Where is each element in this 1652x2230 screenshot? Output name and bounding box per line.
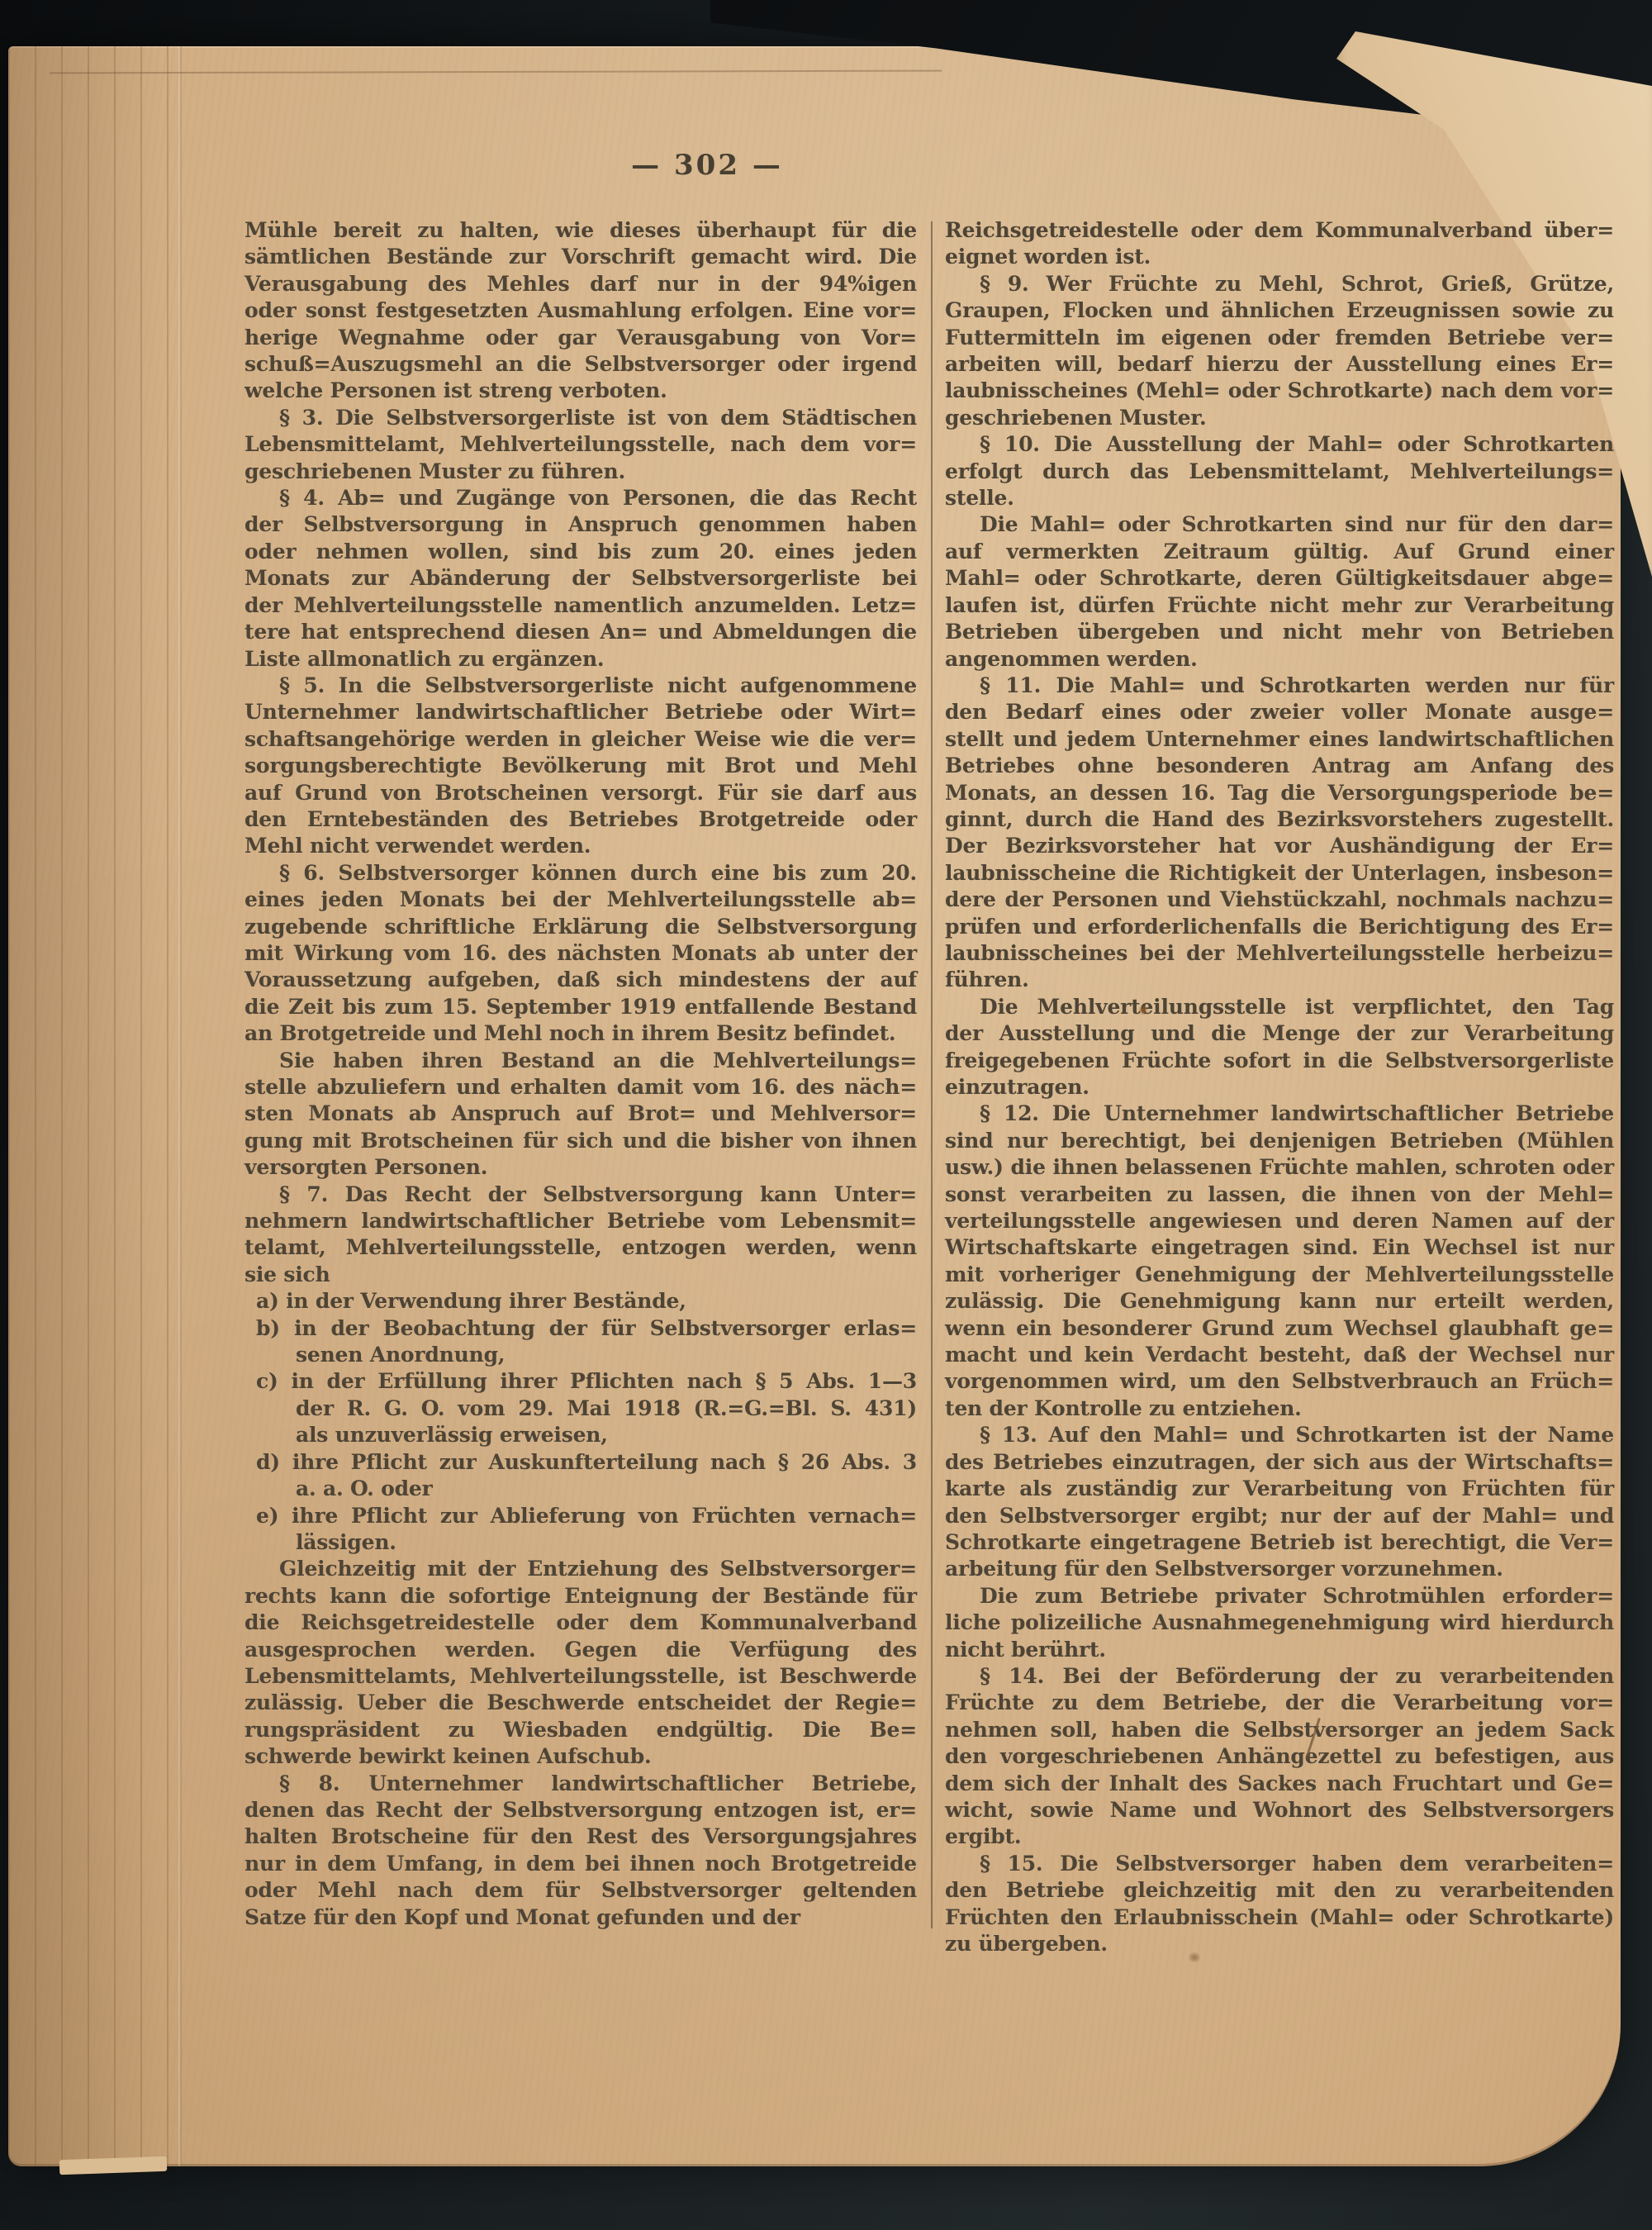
text-line: zulässig. Die Genehmigung kann nur ertei… — [945, 1288, 1614, 1315]
text-line: karte als zuständig zur Verarbeitung von… — [945, 1476, 1614, 1502]
text-line: nur in dem Umfang, in dem bei ihnen noch… — [244, 1851, 917, 1877]
text-line: Voraussetzung aufgeben, daß sich mindest… — [244, 967, 917, 993]
text-line: § 6. Selbstversorger können durch eine b… — [244, 860, 917, 887]
text-line: Monats, an dessen 16. Tag die Versorgung… — [945, 780, 1614, 806]
text-line: macht und kein Verdacht besteht, daß der… — [945, 1342, 1614, 1368]
text-line: prüfen und erforderlichenfalls die Beric… — [945, 914, 1614, 940]
text-line: oder nehmen wollen, sind bis zum 20. ein… — [244, 539, 917, 565]
paragraph: § 5. In die Selbstversorgerliste nicht a… — [244, 673, 917, 860]
text-line: telamt, Mehlverteilungsstelle, entzogen … — [244, 1234, 917, 1261]
text-line: Mühle bereit zu halten, wie dieses überh… — [244, 217, 917, 244]
text-line: nehmern landwirtschaftlicher Betriebe vo… — [244, 1208, 917, 1234]
text-line: rungspräsident zu Wiesbaden endgültig. D… — [244, 1717, 917, 1743]
paragraph: e) ihre Pflicht zur Ablieferung von Früc… — [244, 1503, 917, 1557]
text-line: schuß=Auszugsmehl an die Selbstversorger… — [244, 351, 917, 378]
text-line: dem sich der Inhalt des Sackes nach Fruc… — [945, 1771, 1614, 1797]
paragraph: § 13. Auf den Mahl= und Schrotkarten ist… — [945, 1422, 1614, 1582]
page-edge-sliver — [59, 2156, 168, 2175]
text-line: Verausgabung des Mehles darf nur in der … — [244, 271, 917, 297]
text-line: die Zeit bis zum 15. September 1919 entf… — [244, 994, 917, 1020]
text-line: § 9. Wer Früchte zu Mehl, Schrot, Grieß,… — [945, 271, 1614, 297]
text-line: Früchte zu dem Betriebe, der die Verarbe… — [945, 1690, 1614, 1716]
paragraph: § 3. Die Selbstversorgerliste ist von de… — [244, 405, 917, 485]
text-line: den Betriebe gleichzeitig mit den zu ver… — [945, 1877, 1614, 1904]
text-line: schwerde bewirkt keinen Aufschub. — [244, 1743, 917, 1770]
text-line: sten Monats ab Anspruch auf Brot= und Me… — [244, 1101, 917, 1127]
text-line: der R. G. O. vom 29. Mai 1918 (R.=G.=Bl.… — [244, 1396, 917, 1422]
paragraph: § 7. Das Recht der Selbstversorgung kann… — [244, 1182, 917, 1289]
text-line: usw.) die ihnen belassenen Früchte mahle… — [945, 1154, 1614, 1181]
text-line: sind nur berechtigt, bei denjenigen Betr… — [945, 1128, 1614, 1154]
paragraph: c) in der Erfüllung ihrer Pflichten nach… — [244, 1368, 917, 1448]
text-line: welche Personen ist streng verboten. — [244, 378, 917, 404]
text-line: arbeitung für den Selbstversorger vorzun… — [945, 1556, 1614, 1582]
text-line: dere der Personen und Viehstückzahl, noc… — [945, 887, 1614, 913]
text-line: Mahl= oder Schrotkarte, deren Gültigkeit… — [945, 565, 1614, 592]
text-line: erfolgt durch das Lebensmittelamt, Mehlv… — [945, 459, 1614, 485]
text-line: Der Bezirksvorsteher hat vor Aushändigun… — [945, 833, 1614, 859]
text-line: Liste allmonatlich zu ergänzen. — [244, 646, 917, 673]
text-line: Futtermitteln im eigenen oder fremden Be… — [945, 325, 1614, 351]
text-line: Reichsgetreidestelle oder dem Kommunalve… — [945, 217, 1614, 244]
text-line: der Selbstversorgung in Anspruch genomme… — [244, 511, 917, 538]
text-line: a. a. O. oder — [244, 1476, 917, 1502]
paragraph: § 6. Selbstversorger können durch eine b… — [244, 860, 917, 1048]
text-line: ergibt. — [945, 1823, 1614, 1850]
text-line: Lebensmittelamt, Mehlverteilungsstelle, … — [244, 431, 917, 458]
text-line: angenommen werden. — [945, 646, 1614, 673]
text-line: die Reichsgetreidestelle oder dem Kommun… — [244, 1609, 917, 1636]
text-line: lässigen. — [244, 1529, 917, 1556]
text-line: einzutragen. — [945, 1074, 1614, 1101]
text-line: Sie haben ihren Bestand an die Mehlverte… — [244, 1048, 917, 1074]
text-line: stelle abzuliefern und erhalten damit vo… — [244, 1074, 917, 1101]
text-line: Unternehmer landwirtschaftlicher Betrieb… — [244, 699, 917, 725]
text-line: tere hat entsprechend diesen An= und Abm… — [244, 619, 917, 645]
text-line: laubnisscheine die Richtigkeit der Unter… — [945, 860, 1614, 887]
page-stack-edges — [8, 46, 186, 2166]
text-line: freigegebenen Früchte sofort in die Selb… — [945, 1048, 1614, 1074]
paragraph: d) ihre Pflicht zur Auskunfterteilung na… — [244, 1449, 917, 1503]
text-line: Graupen, Flocken und ähnlichen Erzeugnis… — [945, 297, 1614, 324]
paragraph: § 4. Ab= und Zugänge von Personen, die d… — [244, 485, 917, 673]
text-line: stelle. — [945, 485, 1614, 511]
text-line: Mehl nicht verwendet werden. — [244, 833, 917, 859]
text-line: auf vermerkten Zeitraum gültig. Auf Grun… — [945, 539, 1614, 565]
text-line: ten der Kontrolle zu entziehen. — [945, 1396, 1614, 1422]
paragraph: Die zum Betriebe privater Schrotmühlen e… — [945, 1583, 1614, 1663]
paragraph: § 10. Die Ausstellung der Mahl= oder Sch… — [945, 431, 1614, 511]
text-line: der Ausstellung und die Menge der zur Ve… — [945, 1020, 1614, 1047]
paragraph: Reichsgetreidestelle oder dem Kommunalve… — [945, 217, 1614, 271]
paragraph: § 14. Bei der Beförderung der zu verarbe… — [945, 1663, 1614, 1851]
text-line: b) in der Beobachtung der für Selbstvers… — [244, 1315, 917, 1342]
text-column-left: Mühle bereit zu halten, wie dieses überh… — [244, 217, 917, 1931]
text-line: den Bedarf eines oder zweier voller Mona… — [945, 699, 1614, 725]
text-line: wenn ein besonderer Grund zum Wechsel gl… — [945, 1315, 1614, 1342]
paragraph: Die Mahl= oder Schrotkarten sind nur für… — [945, 511, 1614, 672]
text-line: c) in der Erfüllung ihrer Pflichten nach… — [244, 1368, 917, 1395]
text-line: rechts kann die sofortige Enteignung der… — [244, 1583, 917, 1609]
text-line: schaftsangehörige werden in gleicher Wei… — [244, 726, 917, 753]
text-line: § 7. Das Recht der Selbstversorgung kann… — [244, 1182, 917, 1208]
text-line: stellt und jedem Unternehmer eines landw… — [945, 726, 1614, 753]
paragraph: § 11. Die Mahl= und Schrotkarten werden … — [945, 673, 1614, 994]
text-line: Satze für den Kopf und Monat gefunden un… — [244, 1904, 917, 1931]
text-line: d) ihre Pflicht zur Auskunfterteilung na… — [244, 1449, 917, 1476]
text-line: Gleichzeitig mit der Entziehung des Selb… — [244, 1556, 917, 1582]
text-line: nicht berührt. — [945, 1637, 1614, 1663]
text-line: oder sonst festgesetzten Ausmahlung erfo… — [244, 297, 917, 324]
text-line: Früchten den Erlaubnisschein (Mahl= oder… — [945, 1904, 1614, 1931]
text-line: § 11. Die Mahl= und Schrotkarten werden … — [945, 673, 1614, 699]
text-line: Betriebes ohne besonderen Antrag am Anfa… — [945, 753, 1614, 779]
paragraph: Sie haben ihren Bestand an die Mehlverte… — [244, 1048, 917, 1182]
text-line: zulässig. Ueber die Beschwerde entscheid… — [244, 1690, 917, 1716]
text-line: § 15. Die Selbstversorger haben dem vera… — [945, 1851, 1614, 1877]
text-line: liche polizeiliche Ausnahmegenehmigung w… — [945, 1609, 1614, 1636]
text-line: halten Brotscheine für den Rest des Vers… — [244, 1823, 917, 1850]
text-line: eines jeden Monats bei der Mehlverteilun… — [244, 887, 917, 913]
text-line: laufen ist, dürfen Früchte nicht mehr zu… — [945, 592, 1614, 619]
text-line: § 10. Die Ausstellung der Mahl= oder Sch… — [945, 431, 1614, 458]
text-line: Wirtschaftskarte eingetragen sind. Ein W… — [945, 1234, 1614, 1261]
text-line: eignet worden ist. — [945, 244, 1614, 270]
text-line: der Mehlverteilungsstelle namentlich anz… — [244, 592, 917, 619]
paragraph: § 12. Die Unternehmer landwirtschaftlich… — [945, 1101, 1614, 1422]
text-line: sorgungsberechtigte Bevölkerung mit Brot… — [244, 753, 917, 779]
paragraph: § 8. Unternehmer landwirtschaftlicher Be… — [244, 1771, 917, 1931]
text-line: § 3. Die Selbstversorgerliste ist von de… — [244, 405, 917, 431]
column-divider — [931, 221, 933, 1928]
text-line: versorgten Personen. — [244, 1154, 917, 1181]
paragraph: § 15. Die Selbstversorger haben dem vera… — [945, 1851, 1614, 1958]
text-line: § 4. Ab= und Zugänge von Personen, die d… — [244, 485, 917, 511]
text-line: ginnt, durch die Hand des Bezirksvorsteh… — [945, 806, 1614, 833]
text-line: den vorgeschriebenen Anhängezettel zu be… — [945, 1743, 1614, 1770]
paragraph: a) in der Verwendung ihrer Bestände, — [244, 1288, 917, 1315]
paragraph: Die Mehlverteilungsstelle ist verpflicht… — [945, 994, 1614, 1101]
text-line: Betrieben übergeben und nicht mehr von B… — [945, 619, 1614, 645]
text-line: § 8. Unternehmer landwirtschaftlicher Be… — [244, 1771, 917, 1797]
text-line: zu übergeben. — [945, 1931, 1614, 1957]
text-line: § 14. Bei der Beförderung der zu verarbe… — [945, 1663, 1614, 1690]
text-line: § 12. Die Unternehmer landwirtschaftlich… — [945, 1101, 1614, 1127]
paragraph: Gleichzeitig mit der Entziehung des Selb… — [244, 1556, 917, 1770]
text-line: des Betriebes einzutragen, der sich aus … — [945, 1449, 1614, 1476]
text-line: mit vorheriger Genehmigung der Mehlverte… — [945, 1262, 1614, 1288]
text-line: verteilungsstelle angewiesen und deren N… — [945, 1208, 1614, 1234]
text-line: als unzuverlässig erweisen, — [244, 1422, 917, 1448]
text-line: sie sich — [244, 1262, 917, 1288]
text-line: auf Grund von Brotscheinen versorgt. Für… — [244, 780, 917, 806]
text-line: a) in der Verwendung ihrer Bestände, — [244, 1288, 917, 1315]
text-line: geschriebenen Muster. — [945, 405, 1614, 431]
text-line: nehmen soll, haben die Selbstversorger a… — [945, 1717, 1614, 1743]
paragraph: b) in der Beobachtung der für Selbstvers… — [244, 1315, 917, 1369]
text-line: mit Wirkung vom 16. des nächsten Monats … — [244, 940, 917, 967]
text-line: denen das Recht der Selbstversorgung ent… — [244, 1797, 917, 1823]
text-line: Monats zur Abänderung der Selbstversorge… — [244, 565, 917, 592]
text-line: zugebende schriftliche Erklärung die Sel… — [244, 914, 917, 940]
paragraph: Mühle bereit zu halten, wie dieses überh… — [244, 217, 917, 405]
text-column-right: Reichsgetreidestelle oder dem Kommunalve… — [945, 217, 1614, 1957]
text-line: führen. — [945, 967, 1614, 993]
text-line: an Brotgetreide und Mehl noch in ihrem B… — [244, 1020, 917, 1047]
text-line: den Erntebeständen des Betriebes Brotget… — [244, 806, 917, 833]
text-line: oder Mehl nach dem für Selbstversorger g… — [244, 1877, 917, 1904]
text-line: ausgesprochen werden. Gegen die Verfügun… — [244, 1637, 917, 1663]
text-line: Die Mehlverteilungsstelle ist verpflicht… — [945, 994, 1614, 1020]
book-photo: — 302 — Mühle bereit zu halten, wie dies… — [0, 0, 1652, 2230]
text-line: vorgenommen wird, um den Selbstverbrauch… — [945, 1368, 1614, 1395]
text-line: geschriebenen Muster zu führen. — [244, 459, 917, 485]
text-line: Schrotkarte eingetragene Betrieb ist ber… — [945, 1529, 1614, 1556]
paragraph: § 9. Wer Früchte zu Mehl, Schrot, Grieß,… — [945, 271, 1614, 431]
page-number: — 302 — — [244, 149, 1170, 182]
text-line: herige Wegnahme oder gar Verausgabung vo… — [244, 325, 917, 351]
text-line: arbeiten will, bedarf hierzu der Ausstel… — [945, 351, 1614, 378]
text-line: sämtlichen Bestände zur Vorschrift gemac… — [244, 244, 917, 270]
text-line: e) ihre Pflicht zur Ablieferung von Früc… — [244, 1503, 917, 1529]
text-line: Lebensmittelamts, Mehlverteilungsstelle,… — [244, 1663, 917, 1690]
text-line: Die Mahl= oder Schrotkarten sind nur für… — [945, 511, 1614, 538]
text-line: Die zum Betriebe privater Schrotmühlen e… — [945, 1583, 1614, 1609]
text-line: senen Anordnung, — [244, 1342, 917, 1368]
text-line: gung mit Brotscheinen für sich und die b… — [244, 1128, 917, 1154]
text-line: den Selbstversorger ergibt; nur der auf … — [945, 1503, 1614, 1529]
text-line: laubnisscheines bei der Mehlverteilungss… — [945, 940, 1614, 967]
text-line: § 13. Auf den Mahl= und Schrotkarten ist… — [945, 1422, 1614, 1448]
text-line: laubnisscheines (Mehl= oder Schrotkarte)… — [945, 378, 1614, 404]
text-line: § 5. In die Selbstversorgerliste nicht a… — [244, 673, 917, 699]
text-line: wicht, sowie Name und Wohnort des Selbst… — [945, 1797, 1614, 1823]
text-line: sonst verarbeiten zu lassen, die ihnen v… — [945, 1182, 1614, 1208]
page-crease — [178, 46, 182, 2166]
